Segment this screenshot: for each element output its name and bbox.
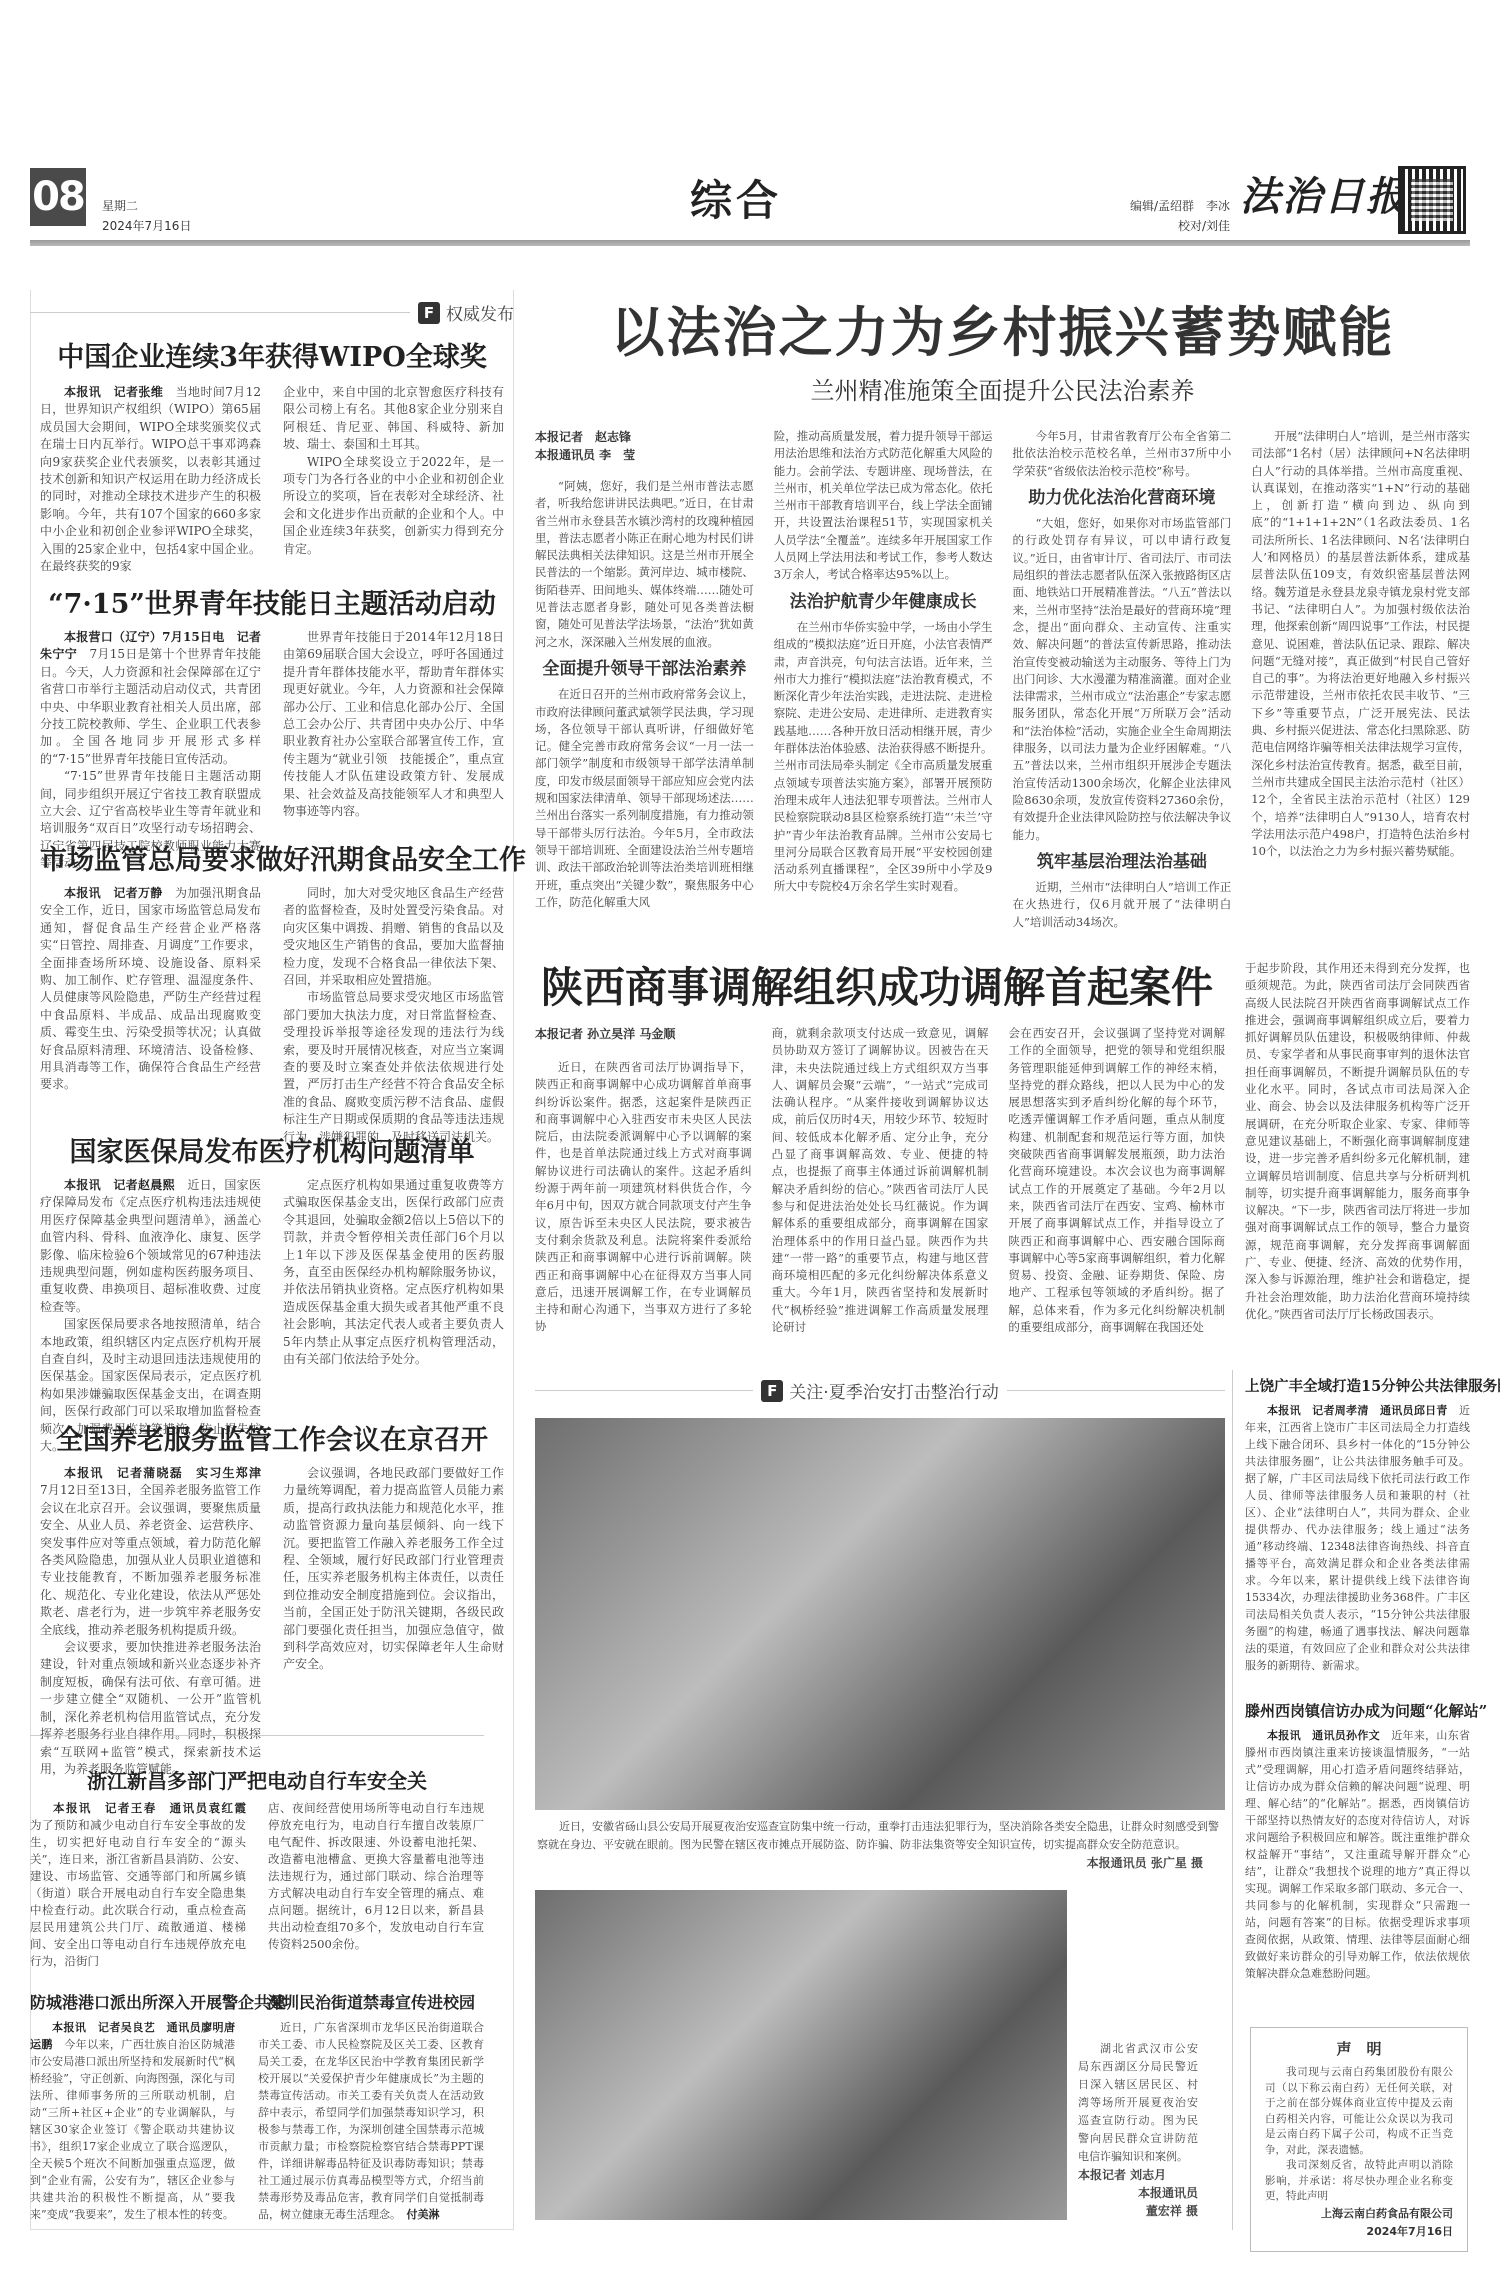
byline: 本报讯 记者张维	[64, 385, 163, 399]
photo-caption-1: 近日，安徽省砀山县公安局开展夏夜治安巡查宣防集中统一行动，重拳打击违法犯罪行为，…	[537, 1818, 1223, 1872]
lead-body: 本报记者 赵志锋 本报通讯员 李 莹 “阿姨，您好，我们是兰州市普法志愿者，听我…	[535, 428, 1470, 928]
photo-police-residents	[535, 1890, 1067, 2220]
photo-credit: 本报通讯员 张广星 摄	[537, 1854, 1223, 1872]
author: 付美淋	[407, 2208, 440, 2221]
article-text: 近年来，山东省滕州市西岗镇注重来访接谈温情服务，“一站式”受理调解，用心打造矛盾…	[1245, 1729, 1470, 1980]
photo-police-night-market	[535, 1418, 1225, 1810]
article-elderly-care: 全国养老服务监管工作会议在京召开 本报讯 记者蒲晓磊 实习生郑津 7月12日至1…	[40, 1418, 504, 1778]
article-text: 为了预防和减少电动自行车安全事故的发生，切实把好电动自行车安全的“源头关”，连日…	[30, 1818, 246, 1968]
lead-column-2: 险，推动高质量发展，着力提升领导干部运用法治思维和法治方式防范化解重大风险的能力…	[774, 428, 993, 928]
subheading: 全面提升领导干部法治素养	[535, 661, 754, 678]
f-logo-icon: F	[418, 302, 440, 324]
article-title: 市场监管总局要求做好汛期食品安全工作	[40, 838, 504, 877]
subheading: 助力优化法治化营商环境	[1013, 490, 1232, 507]
byline: 本报记者 赵志锋	[535, 428, 754, 446]
article-text: 商，就剩余款项支付达成一致意见，调解员协助双方签订了调解协议。因被告在天津，未央…	[772, 1025, 989, 1336]
article-text: 今年以来，广西壮族自治区防城港市公安局港口派出所坚持和发展新时代“枫桥经验”，守…	[30, 2038, 235, 2221]
article-text: “大姐，您好，如果你对市场监管部门的行政处罚存有异议，可以申请行政复议。”近日，…	[1013, 515, 1232, 844]
article-text: 于起步阶段，其作用还未得到充分发挥，也亟须规范。为此，陕西省司法厅会同陕西省高级…	[1245, 960, 1470, 1323]
authoritative-release: F 权威发布	[30, 300, 514, 325]
byline: 本报讯 记者万静	[64, 886, 163, 900]
article-text: “阿姨，您好，我们是兰州市普法志愿者，听我给您讲讲民法典吧。”近日，在甘肃省兰州…	[535, 478, 754, 651]
issue-date: 星期二 2024年7月16日	[102, 196, 191, 236]
notice-title: 声 明	[1265, 2038, 1453, 2059]
lead-title: 以法治之力为乡村振兴蓄势赋能	[535, 290, 1470, 367]
lead-subtitle: 兰州精准施策全面提升公民法治素养	[535, 371, 1470, 406]
section-tag: F 权威发布	[418, 300, 514, 325]
byline: 本报记者 孙立昊洋 马金顺	[535, 1025, 752, 1043]
divider	[30, 1735, 484, 1736]
lead-column-1: 本报记者 赵志锋 本报通讯员 李 莹 “阿姨，您好，我们是兰州市普法志愿者，听我…	[535, 428, 754, 928]
article-title: 防城港港口派出所深入开展警企共建	[30, 1990, 235, 2013]
article-title: 全国养老服务监管工作会议在京召开	[40, 1418, 504, 1457]
article-text: 7月12日至13日，全国养老服务监管工作会议在北京召开。会议强调，要聚焦质量安全…	[40, 1483, 261, 1636]
editor-credits: 编辑/孟绍群 李冰 校对/刘佳	[1110, 196, 1230, 236]
subheading: 筑牢基层治理法治基础	[1013, 854, 1232, 871]
article-text: 为加强汛期食品安全工作，近日，国家市场监管总局发布通知，督促食品生产经营企业严格…	[40, 886, 261, 1091]
byline: 本报讯 通讯员孙作文	[1267, 1729, 1380, 1742]
article-title: 中国企业连续3年获得WIPO全球奖	[40, 335, 504, 374]
photo-credit: 本报记者 刘志月	[1078, 2166, 1198, 2184]
article-text: 会议要求，要加快推进养老服务法治建设，针对重点领域和新兴业态逐步补齐制度短板，确…	[40, 1639, 261, 1778]
caption-text: 近日，安徽省砀山县公安局开展夏夜治安巡查宣防集中统一行动，重拳打击违法犯罪行为，…	[537, 1818, 1223, 1854]
article-youth-skills: “7·15”世界青年技能日主题活动启动 本报营口（辽宁）7月15日电 记者朱宁宁…	[40, 582, 504, 873]
proofreader: 校对/刘佳	[1110, 216, 1230, 236]
article-text: 当地时间7月12日，世界知识产权组织（WIPO）第65届成员国大会期间，WIPO…	[40, 385, 261, 573]
masthead-logo: 法治日报	[1240, 165, 1408, 222]
section-title: 综合	[690, 168, 782, 228]
divider	[535, 1390, 753, 1391]
divider	[1007, 1390, 1225, 1391]
byline: 本报讯 记者赵晨熙	[64, 1178, 175, 1192]
header-divider	[30, 240, 1470, 246]
shaanxi-body: 本报记者 孙立昊洋 马金顺近日，在陕西省司法厅协调指导下，陕西正和商事调解中心成…	[535, 1025, 1225, 1360]
article-text: 在兰州市华侨实验中学，一场由小学生组成的“模拟法庭”近日开庭，小法官表情严肃，声…	[774, 619, 993, 896]
caption-text: 湖北省武汉市公安局东西湖区分局民警近日深入辖区居民区、村湾等场所开展夏夜治安巡查…	[1078, 2040, 1198, 2166]
article-text: 同时，加大对受灾地区食品生产经营者的监督检查，及时处置受污染食品。对向灾区集中调…	[283, 885, 504, 989]
tag-label: 关注·夏季治安打击整治行动	[789, 1378, 998, 1403]
shaanxi-column-4: 于起步阶段，其作用还未得到充分发挥，也亟须规范。为此，陕西省司法厅会同陕西省高级…	[1245, 960, 1470, 1360]
lead-column-4: 开展“法律明白人”培训，是兰州市落实司法部“1名村（居）法律顾问+N名法律明白人…	[1251, 428, 1470, 928]
article-title: 上饶广丰全域打造15分钟公共法律服务圈	[1245, 1375, 1470, 1396]
notice-signer: 上海云南白药食品有限公司	[1265, 2205, 1453, 2223]
article-text: 在近日召开的兰州市政府常务会议上，市政府法律顾问董武斌领学民法典，学习现场，各位…	[535, 686, 754, 911]
f-logo-icon: F	[761, 1380, 783, 1402]
photo-credit: 本报通讯员	[1078, 2184, 1198, 2202]
notice-box: 声 明 我司现与云南白药集团股份有限公司（以下称云南白药）无任何关联，对于之前在…	[1250, 2027, 1468, 2252]
article-title: “7·15”世界青年技能日主题活动启动	[40, 582, 504, 621]
article-text: 7月15日是第十个世界青年技能日。今天，人力资源和社会保障部在辽宁省营口市举行主…	[40, 647, 261, 765]
tag-label: 权威发布	[446, 300, 514, 325]
article-text: 近日，在陕西省司法厅协调指导下，陕西正和商事调解中心成功调解首单商事纠纷诉讼案件…	[535, 1059, 752, 1336]
article-fangchenggang: 防城港港口派出所深入开展警企共建 本报讯 记者吴良艺 通讯员廖明唐运鹏 今年以来…	[30, 1990, 235, 2223]
section-tag: F 关注·夏季治安打击整治行动	[761, 1378, 998, 1403]
article-title: 浙江新昌多部门严把电动自行车安全关	[30, 1765, 484, 1794]
lead-column-3: 今年5月，甘肃省教育厅公布全省第二批依法治校示范校名单，兰州市37所中小学荣获“…	[1013, 428, 1232, 928]
article-guangfeng: 上饶广丰全域打造15分钟公共法律服务圈 本报讯 记者周孝清 通讯员邱日青 近年来…	[1245, 1375, 1470, 1674]
article-text: 店、夜间经营使用场所等电动自行车违规停放充电行为，电动自行车擅自改装原厂电气配件…	[268, 1800, 484, 1953]
date: 2024年7月16日	[102, 216, 191, 236]
article-food-safety: 市场监管总局要求做好汛期食品安全工作 本报讯 记者万静 为加强汛期食品安全工作，…	[40, 838, 504, 1146]
weekday: 星期二	[102, 196, 191, 216]
article-title: 深圳民治街道禁毒宣传进校园	[258, 1990, 484, 2013]
article-text: 企业中，来自中国的北京智愈医疗科技有限公司榜上有名。其他8家企业分别来自阿根廷、…	[283, 384, 504, 454]
lead-headline: 以法治之力为乡村振兴蓄势赋能 兰州精准施策全面提升公民法治素养	[535, 290, 1470, 406]
article-text: 近日，广东省深圳市龙华区民治街道联合市关工委、市人民检察院及区关工委、区教育局关…	[258, 2021, 484, 2221]
notice-text: 我司深刻反省，故特此声明以消除影响，并承诺：将尽快办理企业名称变更，特此声明	[1265, 2158, 1453, 2205]
article-tengzhou: 滕州西岗镇信访办成为问题“化解站” 本报讯 通讯员孙作文 近年来，山东省滕州市西…	[1245, 1700, 1470, 1982]
article-text: WIPO全球奖设立于2022年，是一项专门为各行各业的中小企业和初创企业所设立的…	[283, 454, 504, 558]
byline: 本报讯 记者王春 通讯员袁红霞	[53, 1801, 246, 1815]
notice-date: 2024年7月16日	[1265, 2223, 1453, 2241]
subheading: 法治护航青少年健康成长	[774, 594, 993, 611]
byline: 本报通讯员 李 莹	[535, 446, 754, 464]
divider	[30, 312, 410, 313]
qr-code-icon	[1398, 166, 1466, 234]
article-text: 会在西安召开，会议强调了坚持党对调解工作的全面领导，把党的领导和党组织服务管理职…	[1008, 1025, 1225, 1336]
article-text: 开展“法律明白人”培训，是兰州市落实司法部“1名村（居）法律顾问+N名法律明白人…	[1251, 428, 1470, 860]
photo-caption-2: 湖北省武汉市公安局东西湖区分局民警近日深入辖区居民区、村湾等场所开展夏夜治安巡查…	[1078, 2040, 1198, 2220]
article-text: 市场监管总局要求受灾地区市场监管部门要加大执法力度，对日常监督检查、受理投诉举报…	[283, 989, 504, 1146]
article-text: 近年来，江西省上饶市广丰区司法局全力打造线上线下融合闭环、县乡村一体化的“15分…	[1245, 1404, 1470, 1672]
shaanxi-title: 陕西商事调解组织成功调解首起案件	[535, 955, 1225, 1015]
article-shenzhen: 深圳民治街道禁毒宣传进校园 近日，广东省深圳市龙华区民治街道联合市关工委、市人民…	[258, 1990, 484, 2223]
article-text: 近期，兰州市“法律明白人”培训工作正在火热进行，仅6月就开展了“法律明白人”培训…	[1013, 879, 1232, 928]
notice-text: 我司现与云南白药集团股份有限公司（以下称云南白药）无任何关联，对于之前在部分媒体…	[1265, 2065, 1453, 2158]
article-text: 近日，国家医疗保障局发布《定点医疗机构违法违规使用医疗保障基金典型问题清单》，涵…	[40, 1178, 261, 1314]
byline: 本报讯 记者周孝清 通讯员邱日青	[1267, 1404, 1448, 1417]
article-ebike: 浙江新昌多部门严把电动自行车安全关 本报讯 记者王春 通讯员袁红霞 为了预防和减…	[30, 1765, 484, 1970]
article-text: 险，推动高质量发展，着力提升领导干部运用法治思维和法治方式防范化解重大风险的能力…	[774, 428, 993, 584]
byline: 本报讯 记者蒲晓磊 实习生郑津	[64, 1466, 261, 1480]
photo-credit: 董宏祥 摄	[1078, 2202, 1198, 2220]
article-wipo: 中国企业连续3年获得WIPO全球奖 本报讯 记者张维 当地时间7月12日，世界知…	[40, 335, 504, 575]
article-medical-insurance: 国家医保局发布医疗机构问题清单 本报讯 记者赵晨熙 近日，国家医疗保障局发布《定…	[40, 1130, 504, 1456]
page-number: 08	[30, 168, 86, 226]
photo-section-header: F 关注·夏季治安打击整治行动	[535, 1378, 1225, 1403]
column-divider	[1232, 1370, 1233, 2230]
editor: 编辑/孟绍群 李冰	[1110, 196, 1230, 216]
article-title: 国家医保局发布医疗机构问题清单	[40, 1130, 504, 1169]
article-text: 世界青年技能日于2014年12月18日由第69届联合国大会设立，呼吁各国通过提升…	[283, 629, 504, 820]
article-title: 滕州西岗镇信访办成为问题“化解站”	[1245, 1700, 1470, 1721]
article-text: 定点医疗机构如果通过重复收费等方式骗取医保基金支出，医保行政部门应责令其退回，处…	[283, 1177, 504, 1368]
article-text: 会议强调，各地民政部门要做好工作力量统筹调配，着力提高监管人员能力素质，提高行政…	[283, 1465, 504, 1674]
article-text: 今年5月，甘肃省教育厅公布全省第二批依法治校示范校名单，兰州市37所中小学荣获“…	[1013, 428, 1232, 480]
